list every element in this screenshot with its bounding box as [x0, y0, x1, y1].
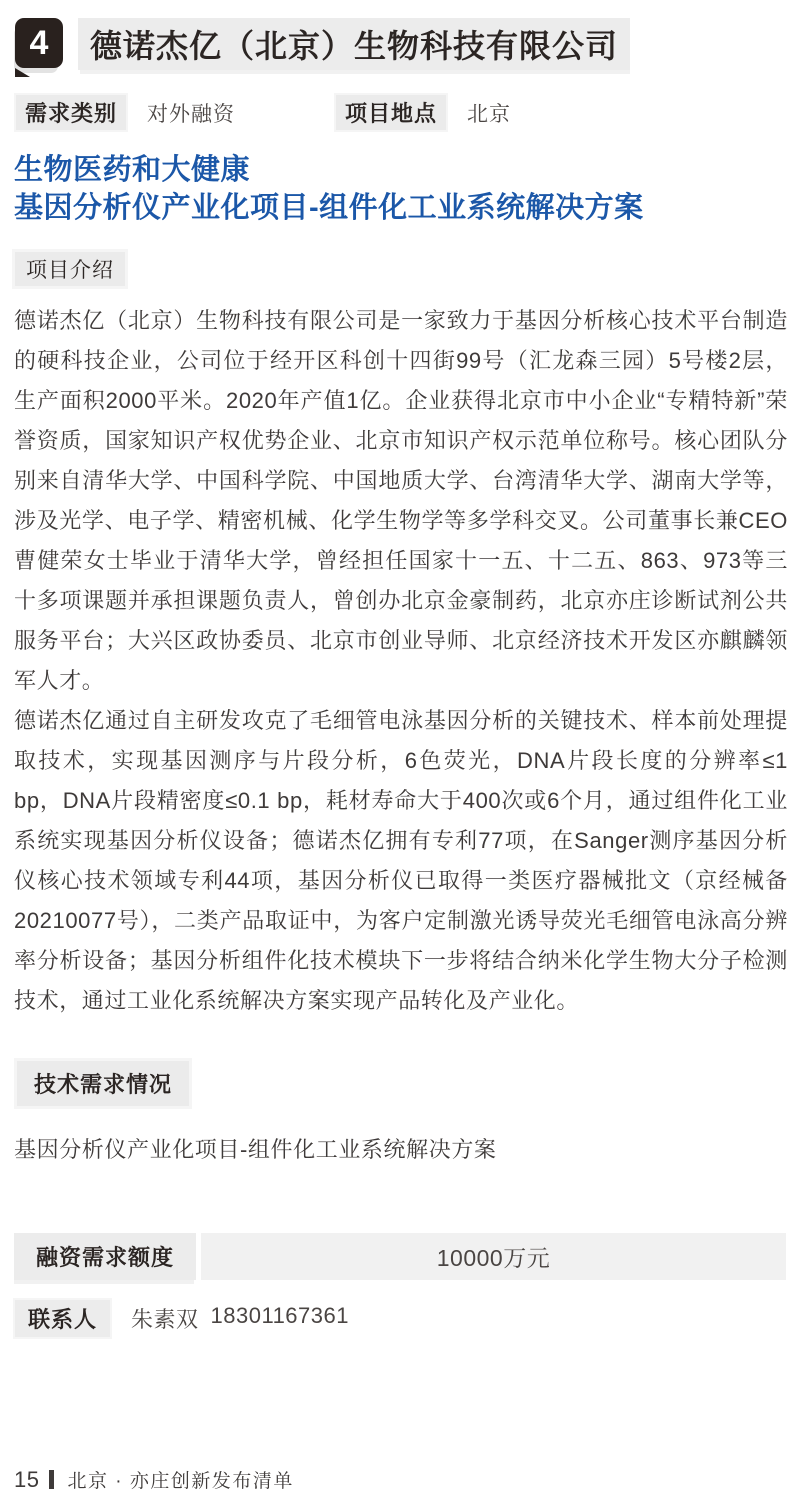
funding-row: 融资需求额度 10000万元 — [14, 1233, 786, 1280]
project-intro-section-label: 项目介绍 — [12, 249, 128, 289]
page-footer: 15 北京 · 亦庄创新发布清单 — [14, 1466, 294, 1493]
contact-person-value: 朱素双 18301167361 — [131, 1303, 349, 1334]
intro-paragraph-2: 德诺杰亿通过自主研发攻克了毛细管电泳基因分析的关键技术、样本前处理提取技术，实现… — [14, 701, 788, 1021]
project-location-label: 项目地点 — [334, 93, 448, 132]
tech-need-section-label: 技术需求情况 — [14, 1058, 192, 1109]
footer-separator-bar — [49, 1470, 54, 1489]
contact-phone: 18301167361 — [211, 1303, 349, 1334]
project-intro-body: 德诺杰亿（北京）生物科技有限公司是一家致力于基因分析核心技术平台制造的硬科技企业… — [14, 301, 788, 1021]
tech-need-content: 基因分析仪产业化项目-组件化工业系统解决方案 — [14, 1130, 788, 1170]
page-number: 15 — [14, 1467, 39, 1493]
item-number-badge: 4 — [15, 18, 63, 68]
project-title-heading: 基因分析仪产业化项目-组件化工业系统解决方案 — [14, 189, 644, 227]
demand-type-value: 对外融资 — [147, 98, 235, 128]
publication-title: 北京 · 亦庄创新发布清单 — [67, 1466, 293, 1493]
project-headings: 生物医药和大健康 基因分析仪产业化项目-组件化工业系统解决方案 — [14, 151, 644, 227]
contact-name: 朱素双 — [131, 1303, 199, 1334]
document-page: 4 德诺杰亿（北京）生物科技有限公司 需求类别 对外融资 项目地点 北京 生物医… — [0, 0, 800, 1501]
intro-paragraph-1: 德诺杰亿（北京）生物科技有限公司是一家致力于基因分析核心技术平台制造的硬科技企业… — [14, 301, 788, 701]
company-name-title: 德诺杰亿（北京）生物科技有限公司 — [78, 18, 630, 70]
project-location-value: 北京 — [467, 98, 511, 128]
funding-amount-value: 10000万元 — [201, 1233, 786, 1280]
funding-amount-label: 融资需求额度 — [14, 1233, 196, 1280]
demand-type-label: 需求类别 — [14, 93, 128, 132]
header: 4 德诺杰亿（北京）生物科技有限公司 — [15, 18, 630, 70]
contact-person-label: 联系人 — [13, 1298, 112, 1339]
contact-row: 联系人 朱素双 18301167361 — [13, 1298, 349, 1339]
industry-heading: 生物医药和大健康 — [14, 151, 644, 189]
meta-row: 需求类别 对外融资 项目地点 北京 — [14, 93, 511, 132]
